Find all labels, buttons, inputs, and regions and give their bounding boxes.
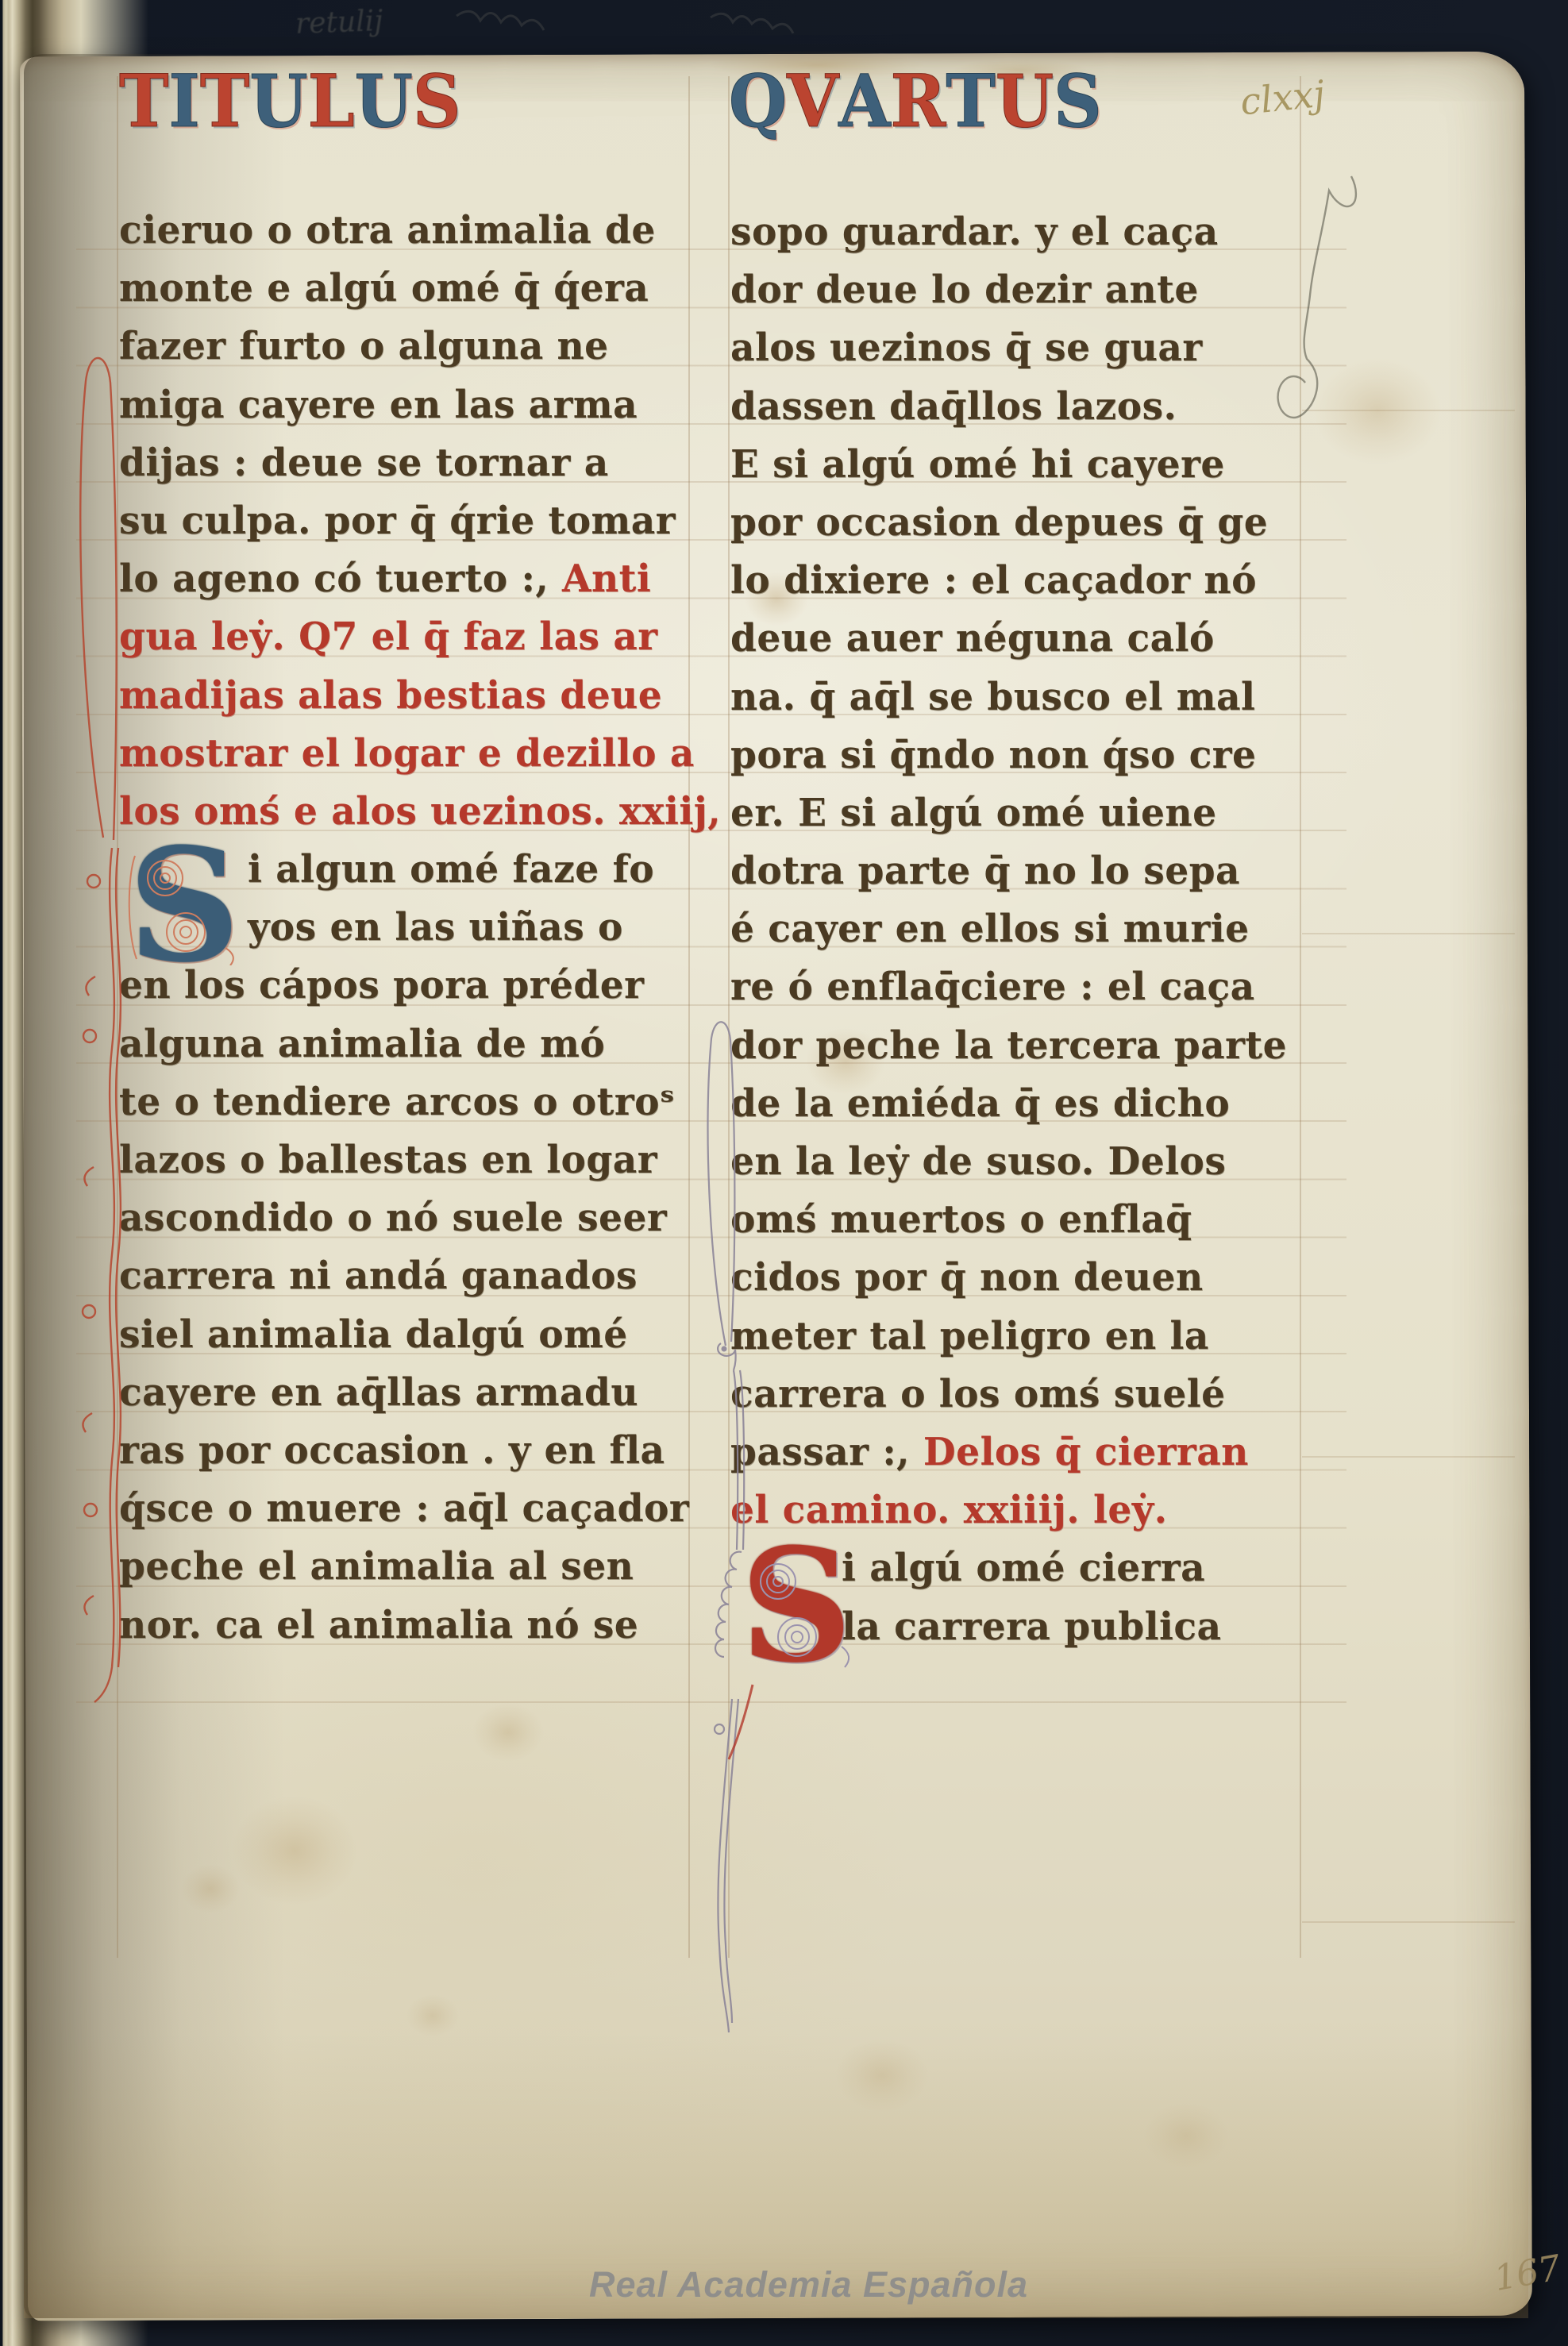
gray-intercolumn-flourish (708, 1022, 745, 2032)
manuscript-photo: TITULUS QVARTUS cieruo o otra animalia d… (0, 0, 1568, 2346)
red-margin-flourish (80, 358, 121, 1702)
pen-flourishes (0, 0, 1568, 2346)
folio-number-ink: clxxj (1238, 72, 1327, 124)
red-initial-tail (729, 1685, 753, 1759)
pencil-doodle (1278, 176, 1356, 418)
top-margin-scribble: retulij (295, 5, 383, 40)
library-watermark: Real Academia Española (589, 2264, 1028, 2306)
faded-scribbles (457, 11, 793, 33)
